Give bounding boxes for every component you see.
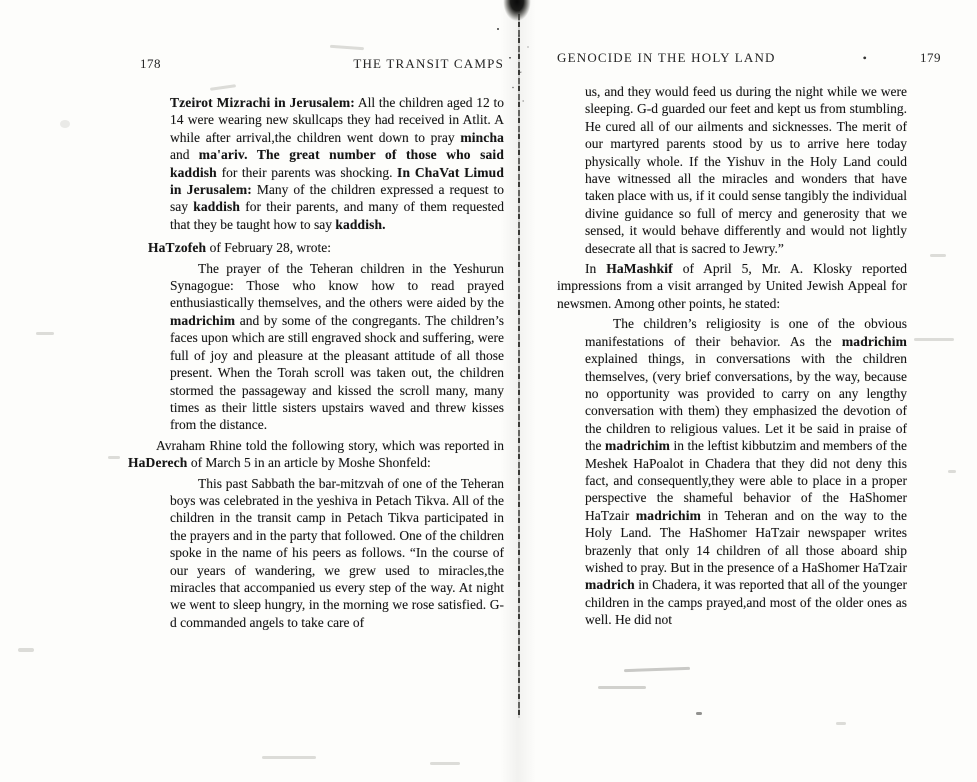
- right-page-header: GENOCIDE IN THE HOLY LAND • 179: [557, 50, 941, 66]
- header-bullet-mark: •: [863, 51, 868, 66]
- book-scan-spread: 178 THE TRANSIT CAMPS Tzeirot Mizrachi i…: [0, 0, 977, 782]
- scan-speck: [598, 686, 646, 689]
- body-paragraph: In HaMashkif of April 5, Mr. A. Klosky r…: [557, 260, 907, 312]
- right-page-number: 179: [920, 50, 941, 66]
- scan-speck: [624, 667, 690, 672]
- scan-speck: [948, 470, 956, 473]
- scan-speck: [930, 254, 946, 257]
- quote-paragraph: Tzeirot Mizrachi in Jerusalem: All the c…: [170, 94, 504, 233]
- left-running-header: THE TRANSIT CAMPS: [353, 56, 504, 72]
- left-page-content: Tzeirot Mizrachi in Jerusalem: All the c…: [128, 94, 504, 631]
- scan-speck: [836, 722, 846, 725]
- scan-speck: [914, 338, 954, 341]
- binding-gutter-line: [518, 6, 520, 718]
- right-running-header: GENOCIDE IN THE HOLY LAND: [557, 50, 776, 66]
- scan-speck: [696, 712, 702, 715]
- quote-paragraph: This past Sabbath the bar-mitzvah of one…: [170, 475, 504, 632]
- quote-paragraph: The prayer of the Teheran children in th…: [170, 260, 504, 434]
- body-paragraph: Avraham Rhine told the following story, …: [128, 437, 504, 472]
- quote-paragraph: The children’s religiosity is one of the…: [585, 315, 907, 628]
- left-page-number: 178: [140, 56, 161, 72]
- right-page: GENOCIDE IN THE HOLY LAND • 179 us, and …: [557, 50, 907, 632]
- left-page-header: 178 THE TRANSIT CAMPS: [128, 56, 504, 72]
- quote-paragraph: us, and they would feed us during the ni…: [585, 83, 907, 257]
- scan-speck: [330, 45, 364, 50]
- scan-speck: [430, 762, 460, 765]
- scan-speck: [262, 756, 316, 759]
- body-paragraph: HaTzofeh of February 28, wrote:: [148, 239, 504, 256]
- scan-speck: [18, 648, 34, 652]
- right-header-group: • 179: [863, 50, 941, 66]
- left-page: 178 THE TRANSIT CAMPS Tzeirot Mizrachi i…: [128, 56, 504, 634]
- scan-speck: [108, 456, 120, 459]
- scan-speck: [36, 332, 54, 335]
- right-page-content: us, and they would feed us during the ni…: [557, 83, 907, 629]
- scan-speck: [60, 120, 70, 128]
